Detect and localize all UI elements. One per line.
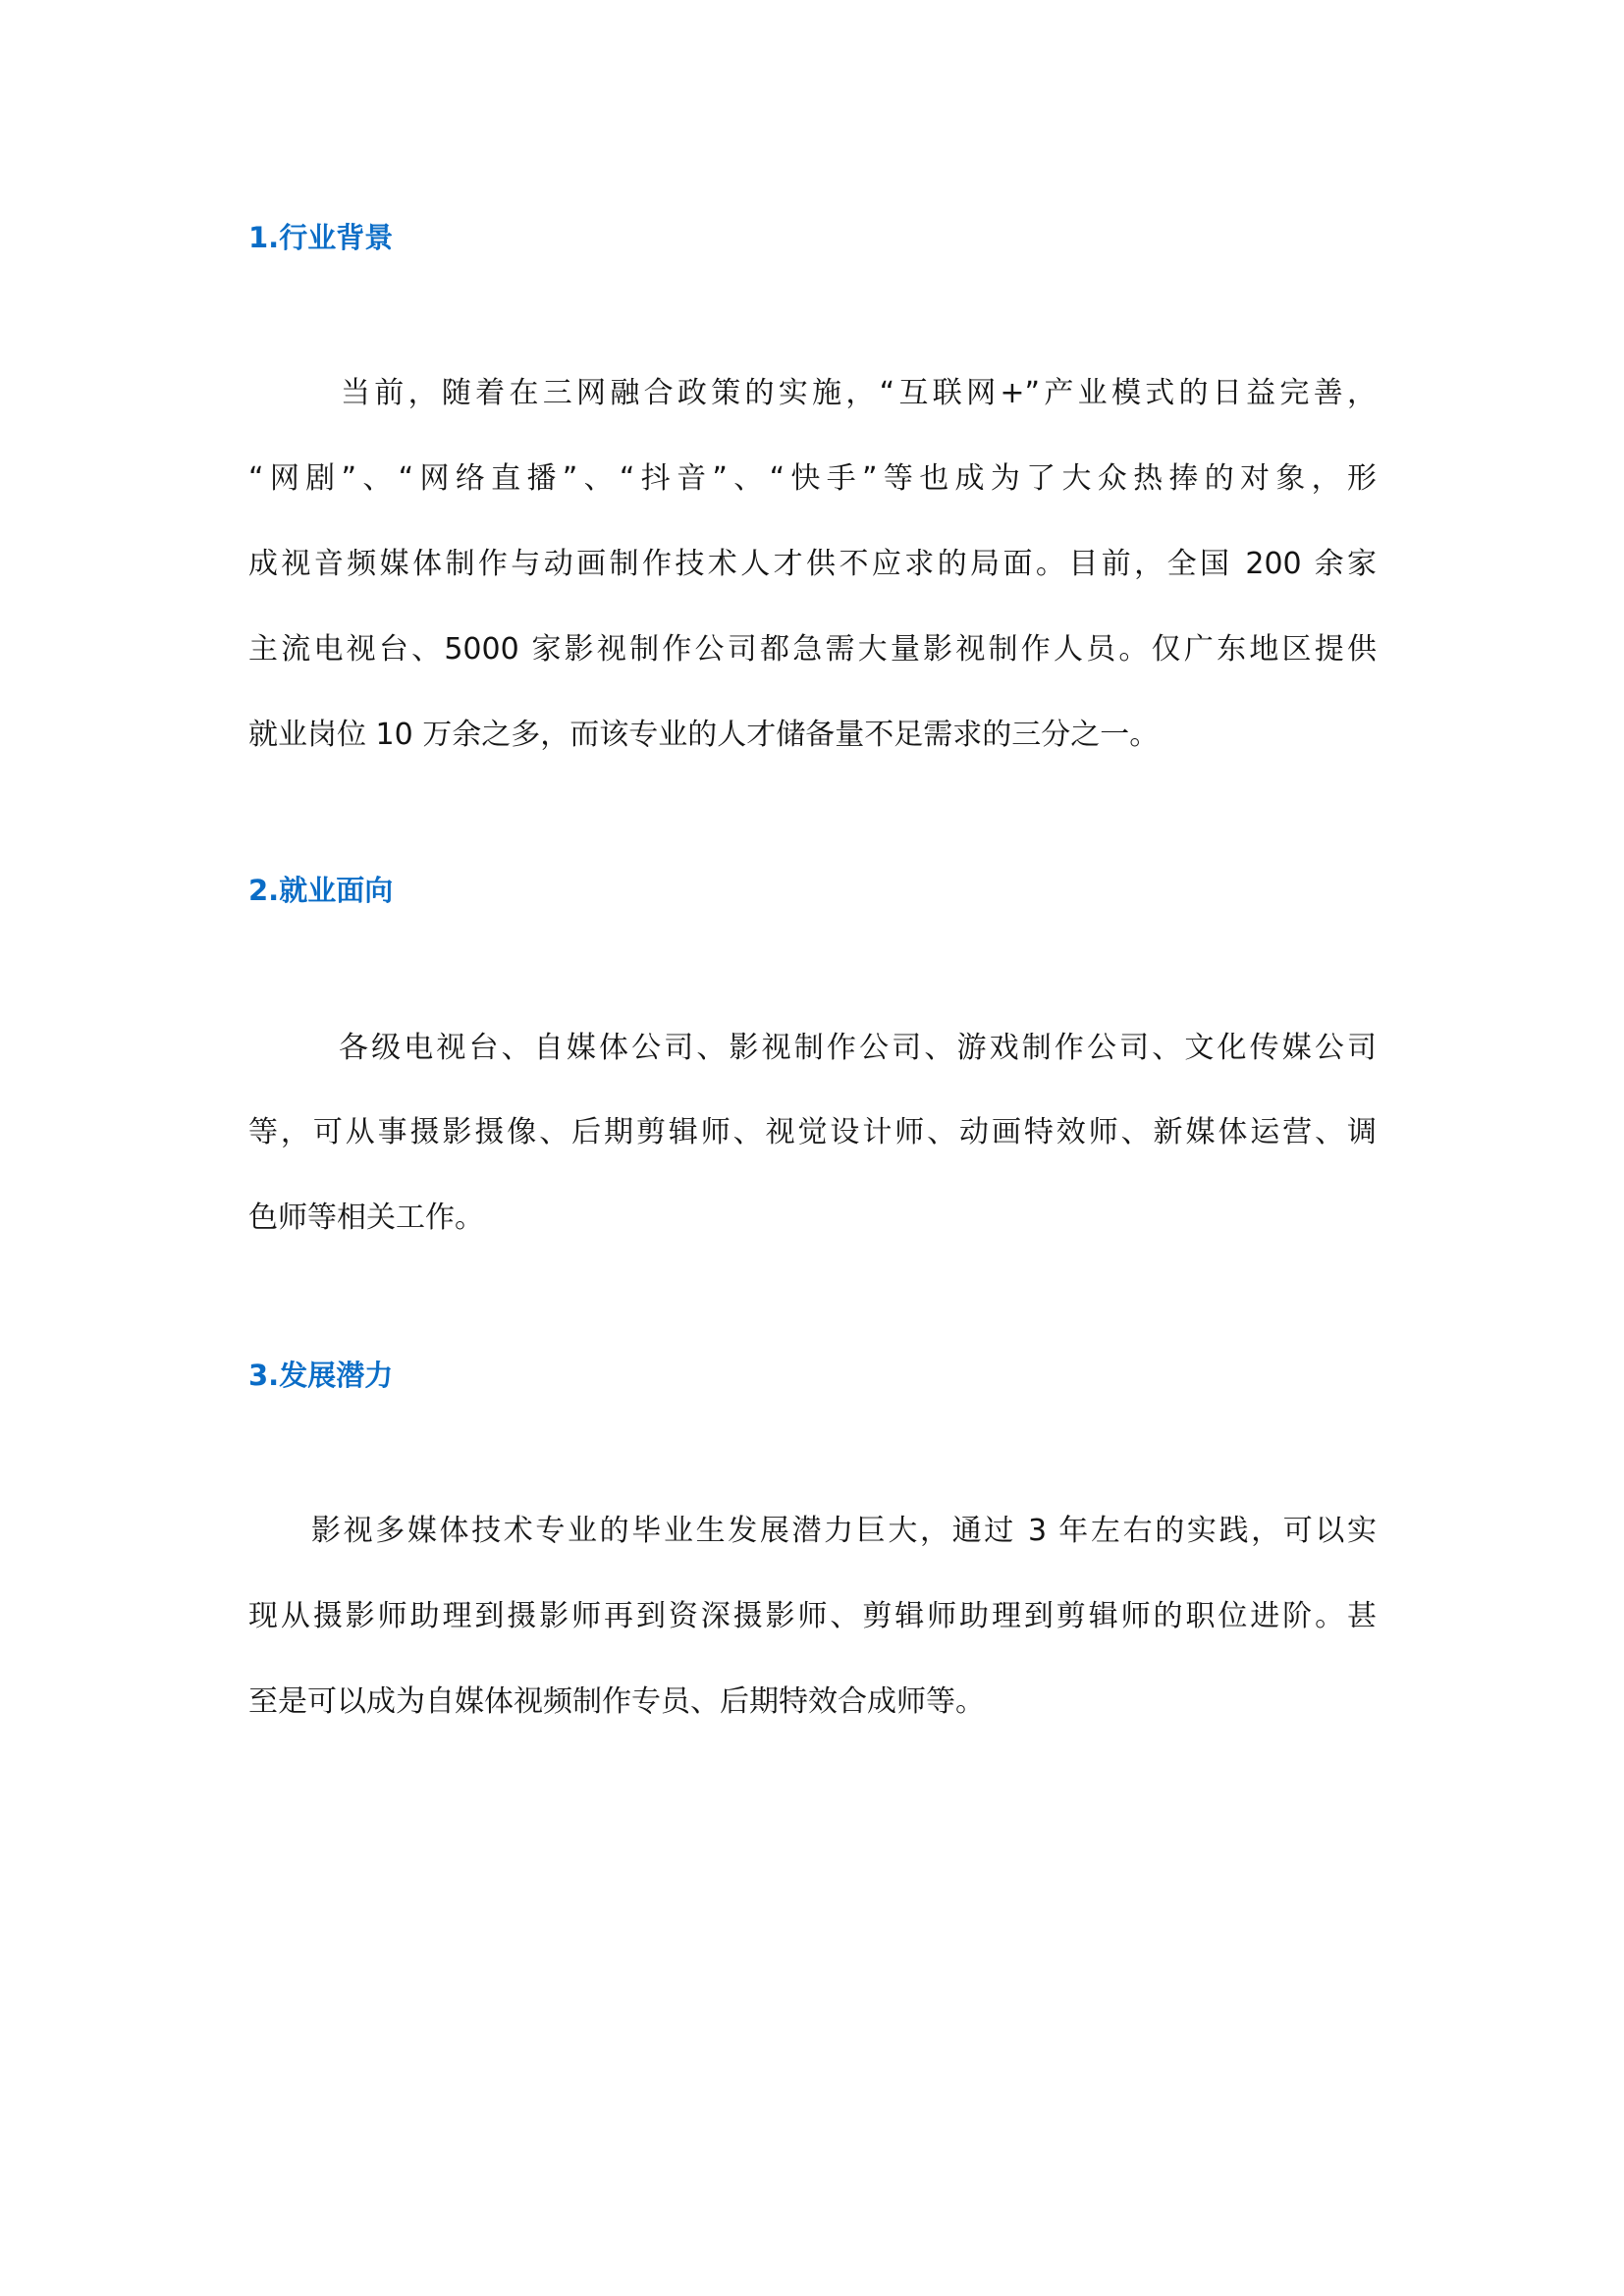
- paragraph-line: 当前，随着在三网融合政策的实施，“互联网+”产业模式的日益完善，: [341, 374, 1377, 413]
- paragraph-line: 各级电视台、自媒体公司、影视制作公司、游戏制作公司、文化传媒公司: [339, 1029, 1377, 1068]
- paragraph-line: 等，可从事摄影摄像、后期剪辑师、视觉设计师、动画特效师、新媒体运营、调: [248, 1113, 1377, 1152]
- section-heading-development-potential: 3.发展潜力: [248, 1356, 393, 1395]
- paragraph-line: 影视多媒体技术专业的毕业生发展潜力巨大，通过 3 年左右的实践，可以实: [311, 1512, 1377, 1551]
- paragraph-line: 成视音频媒体制作与动画制作技术人才供不应求的局面。目前，全国 200 余家: [248, 545, 1377, 584]
- section-heading-employment-direction: 2.就业面向: [248, 871, 393, 910]
- paragraph-line: “网剧”、“网络直播”、“抖音”、“快手”等也成为了大众热捧的对象，形: [248, 459, 1377, 499]
- paragraph-line: 至是可以成为自媒体视频制作专员、后期特效合成师等。: [248, 1682, 1377, 1722]
- paragraph-line: 主流电视台、5000 家影视制作公司都急需大量影视制作人员。仅广东地区提供: [248, 630, 1377, 669]
- document-page: 1.行业背景 当前，随着在三网融合政策的实施，“互联网+”产业模式的日益完善， …: [0, 0, 1624, 2296]
- paragraph-line: 色师等相关工作。: [248, 1199, 1377, 1238]
- paragraph-line: 就业岗位 10 万余之多，而该专业的人才储备量不足需求的三分之一。: [248, 716, 1377, 755]
- paragraph-line: 现从摄影师助理到摄影师再到资深摄影师、剪辑师助理到剪辑师的职位进阶。甚: [248, 1597, 1377, 1636]
- section-heading-industry-background: 1.行业背景: [248, 218, 393, 257]
